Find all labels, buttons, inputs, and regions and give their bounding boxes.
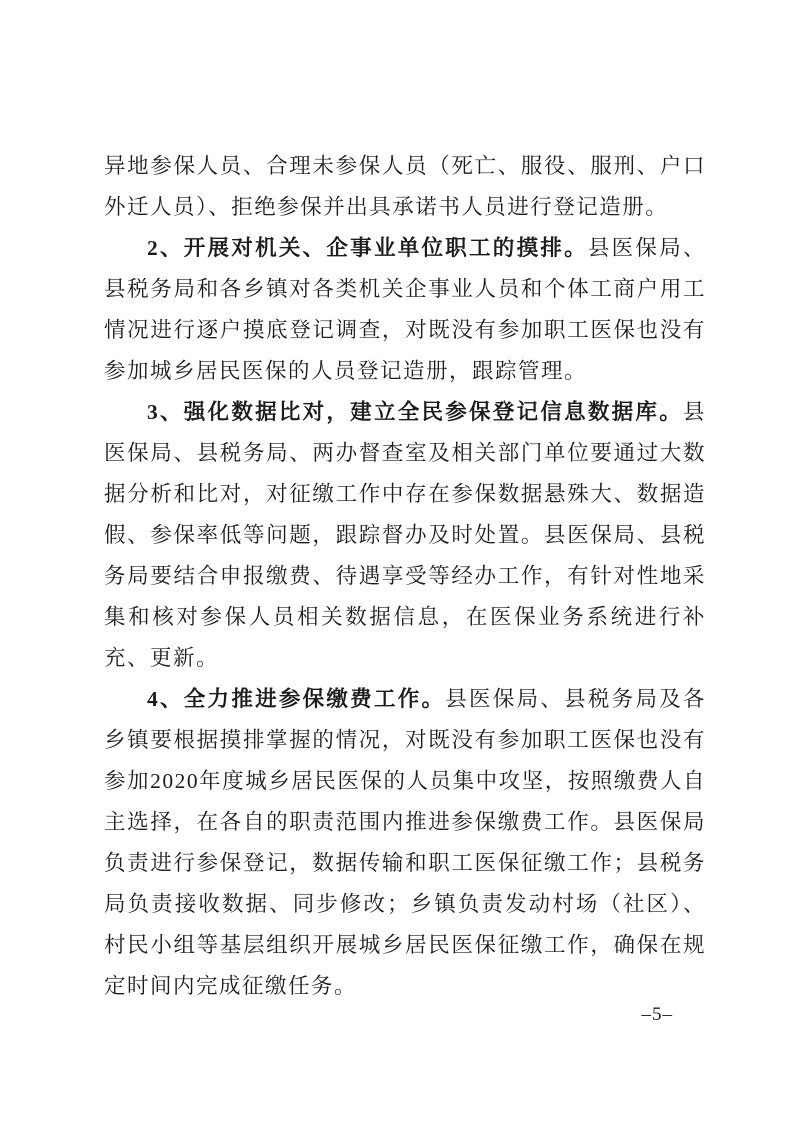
paragraph-heading-bold: 3、强化数据比对，建立全民参保登记信息数据库。 (147, 400, 683, 424)
paragraph-item-2: 2、开展对机关、企事业单位职工的摸排。县医保局、县税务局和各乡镇对各类机关企事业… (104, 228, 706, 392)
paragraph-continuation: 异地参保人员、合理未参保人员（死亡、服役、服刑、户口外迁人员）、拒绝参保并出具承… (104, 146, 706, 228)
paragraph-item-4: 4、全力推进参保缴费工作。县医保局、县税务局及各乡镇要根据摸排掌握的情况，对既没… (104, 679, 706, 1007)
paragraph-item-3: 3、强化数据比对，建立全民参保登记信息数据库。县医保局、县税务局、两办督查室及相… (104, 392, 706, 679)
document-page: 异地参保人员、合理未参保人员（死亡、服役、服刑、户口外迁人员）、拒绝参保并出具承… (0, 0, 793, 1122)
text-segment: 异地参保人员、合理未参保人员（死亡、服役、服刑、户口外迁人员）、拒绝参保并出具承… (104, 154, 706, 219)
text-segment: 县医保局、县税务局及各乡镇要根据摸排掌握的情况，对既没有参加职工医保也没有参加2… (104, 687, 706, 998)
paragraph-heading-bold: 4、全力推进参保缴费工作。 (147, 687, 445, 711)
document-text-body: 异地参保人员、合理未参保人员（死亡、服役、服刑、户口外迁人员）、拒绝参保并出具承… (104, 146, 706, 1007)
text-segment: 县医保局、县税务局、两办督查室及相关部门单位要通过大数据分析和比对，对征缴工作中… (104, 400, 706, 670)
page-number: –5– (642, 1004, 674, 1026)
paragraph-heading-bold: 2、开展对机关、企事业单位职工的摸排。 (147, 236, 588, 260)
